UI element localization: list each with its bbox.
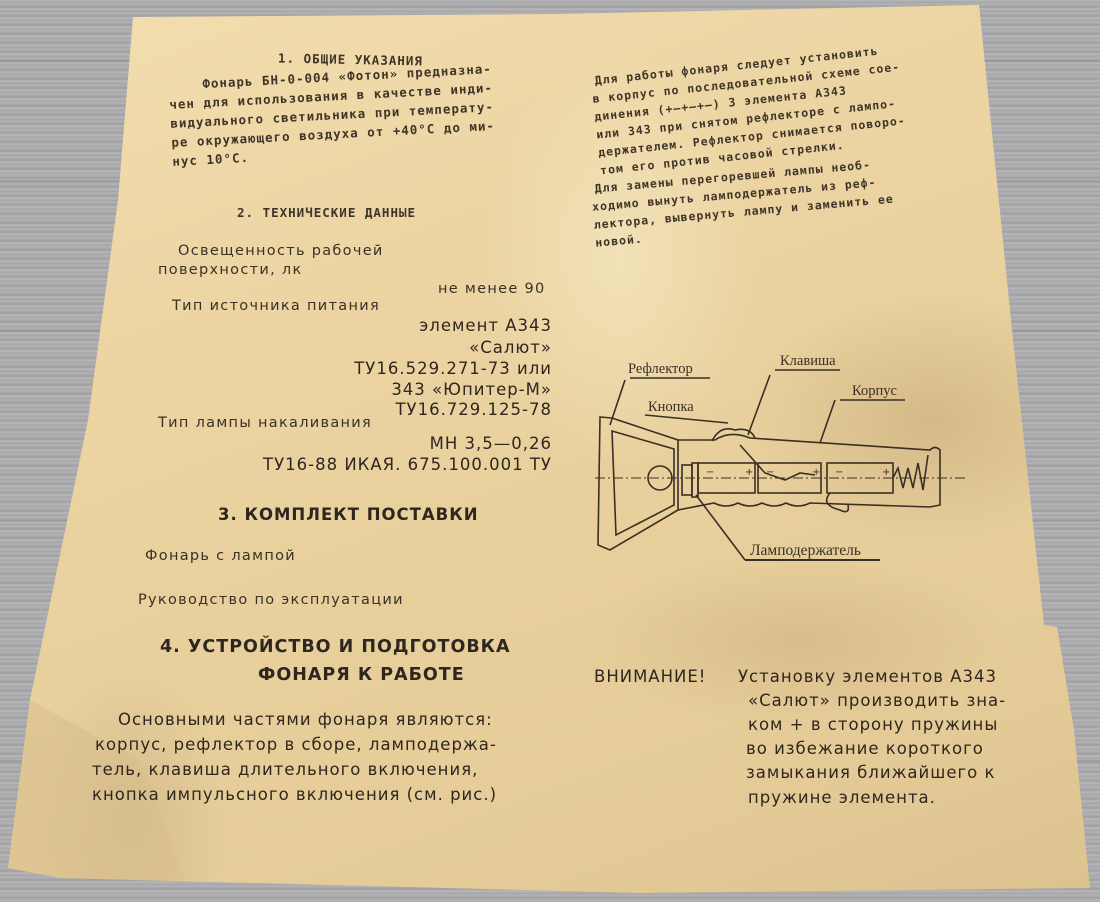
text-line: кнопка импульсного включения (см. рис.) xyxy=(92,785,497,804)
svg-text:+: + xyxy=(745,467,753,478)
illumination-label-cont: поверхности, лк xyxy=(158,262,303,278)
lamp-type-value: МН 3,5—0,26 xyxy=(430,434,552,453)
warning-line: пружине элемента. xyxy=(748,788,936,807)
illumination-label: Освещенность рабочей xyxy=(178,243,384,259)
kit-item: Фонарь с лампой xyxy=(145,548,296,564)
lamp-type-value: ТУ16-88 ИКАЯ. 675.100.001 ТУ xyxy=(263,455,552,474)
illumination-value: не менее 90 xyxy=(438,281,546,297)
lamp-type-label: Тип лампы накаливания xyxy=(158,415,372,431)
power-source-label: Тип источника питания xyxy=(172,298,380,314)
flashlight-schematic-icon: −+ −+ −+ Рефлектор Клавиша Кнопка Корпус… xyxy=(590,345,980,570)
kit-item: Руководство по эксплуатации xyxy=(138,592,404,608)
svg-text:−: − xyxy=(706,467,714,478)
warning-label: ВНИМАНИЕ! xyxy=(594,667,706,686)
power-source-value: 343 «Юпитер-М» xyxy=(391,380,552,399)
section-3-title: 3. КОМПЛЕКТ ПОСТАВКИ xyxy=(218,505,479,524)
text-line: корпус, рефлектор в сборе, ламподержа- xyxy=(95,735,497,754)
text-line: тель, клавиша длительного включения, xyxy=(92,760,478,779)
svg-text:+: + xyxy=(882,467,890,478)
power-source-value: ТУ16.529.271-73 или xyxy=(354,359,552,378)
svg-text:+: + xyxy=(812,467,820,478)
power-source-value: ТУ16.729.125-78 xyxy=(395,400,552,419)
warning-line: во избежание короткого xyxy=(746,739,984,758)
section-4-title-cont: ФОНАРЯ К РАБОТЕ xyxy=(258,665,465,685)
svg-text:−: − xyxy=(835,467,843,478)
svg-text:−: − xyxy=(766,467,774,478)
power-source-value: элемент А343 xyxy=(419,316,552,335)
text-line: Основными частями фонаря являются: xyxy=(118,710,493,729)
section-4-title: 4. УСТРОЙСТВО И ПОДГОТОВКА xyxy=(160,637,511,657)
section-2-title: 2. ТЕХНИЧЕСКИЕ ДАННЫЕ xyxy=(237,205,416,220)
warning-line: «Салют» производить зна- xyxy=(748,691,1006,710)
label-reflector: Рефлектор xyxy=(628,361,693,377)
warning-line: замыкания ближайшего к xyxy=(746,763,996,782)
warning-line: Установку элементов А343 xyxy=(738,667,997,686)
power-source-value: «Салют» xyxy=(469,338,552,357)
flashlight-diagram: −+ −+ −+ Рефлектор Клавиша Кнопка Корпус… xyxy=(590,345,980,570)
label-body: Корпус xyxy=(852,383,897,399)
label-key: Клавиша xyxy=(780,353,836,369)
warning-line: ком + в сторону пружины xyxy=(748,715,998,734)
section-1-body: Фонарь БН-0-004 «Фотон» предназна- чен д… xyxy=(168,61,495,153)
label-lamp-holder: Ламподержатель xyxy=(750,542,861,559)
label-button: Кнопка xyxy=(648,399,694,415)
